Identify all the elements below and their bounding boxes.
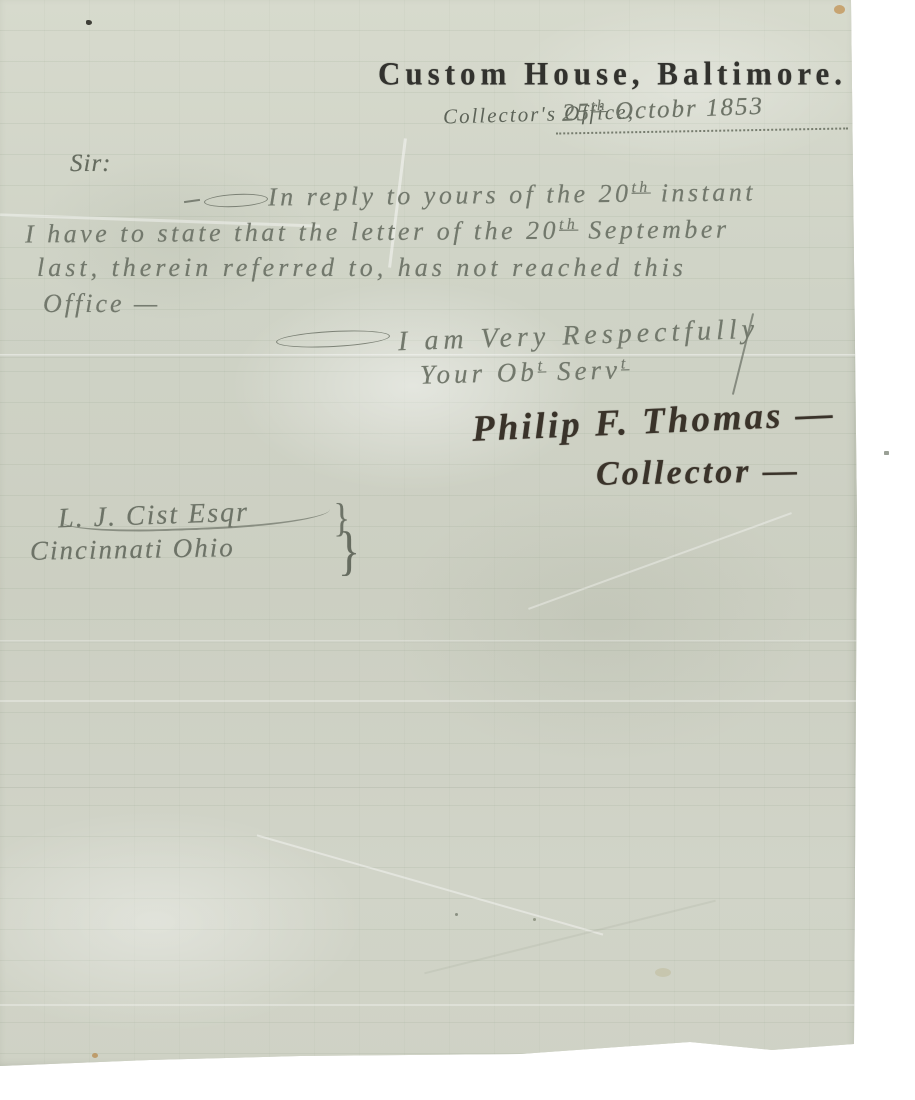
foxing-spot [834,5,845,14]
recipient-city: Cincinnati Ohio [30,532,235,567]
paper-speck [455,913,458,916]
ink-speck [86,20,92,25]
closing-line-2-text: Serv [546,354,621,386]
paper-crease [424,900,716,975]
margin-mark [884,451,889,455]
paper-speck [533,918,536,921]
body-line-3: last, therein referred to, has not reach… [37,253,687,283]
signature-title: Collector — [596,452,801,494]
salutation: Sir: [70,150,112,178]
paper-crease [0,1004,860,1006]
body-line-1: In reply to yours of the 20th instant [268,177,756,212]
body-line-1-text: In reply to yours of the 20 [268,179,632,212]
letterhead-title: Custom House, Baltimore. [378,55,847,93]
recipient-brace: } [338,520,360,582]
ordinal-sup: th [631,179,650,196]
body-line-1-text: instant [651,177,757,207]
paper-crease [528,512,792,610]
abbrev-sup: t [621,354,630,372]
date-day: 25 [562,99,592,127]
ordinal-sup: th [559,216,578,233]
body-line-4: Office — [43,289,160,319]
date-ordinal: th [591,98,607,115]
body-line-2: I have to state that the letter of the 2… [25,215,730,250]
pen-flourish [276,328,391,350]
paper-crease [0,700,860,702]
body-line-2-text: September [578,215,729,245]
date-month-year: Octobr 1853 [606,93,764,125]
closing-line-1: I am Very Respectfully [398,314,760,359]
paper-crease [0,787,860,788]
paper-stain [655,968,671,977]
recipient-name: L. J. Cist Esqr [57,497,249,536]
paper-crease [257,834,604,935]
body-line-2-text: I have to state that the letter of the 2… [25,216,559,249]
closing-line-2-text: Your Ob [420,357,539,390]
letter-paper: Custom House, Baltimore. Collector's Off… [0,0,860,1072]
foxing-spot [92,1053,98,1058]
pen-flourish [184,199,200,203]
pen-flourish [204,192,269,208]
signature-name: Philip F. Thomas — [471,392,836,451]
closing-line-2: Your Obt Servt [420,354,630,390]
paper-crease [0,640,860,643]
